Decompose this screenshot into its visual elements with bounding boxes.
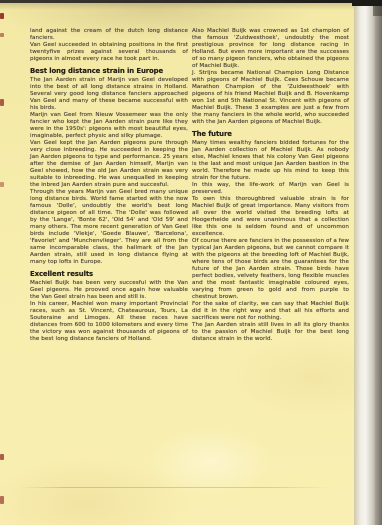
top-shadow [0, 3, 382, 10]
paragraph: Machiel Buijk has been very succesful wi… [30, 280, 188, 301]
paragraph: The Jan Aarden strain still lives in all… [192, 322, 349, 343]
paragraph: Marijn van Geel from Nieuw Vossemeer was… [30, 112, 188, 140]
paragraph: Van Geel kept the Jan Aarden pigeons pur… [30, 140, 188, 189]
red-mark [0, 454, 4, 460]
corner-shadow-2 [373, 6, 382, 16]
heading-best-long-distance: Best long distance strain in Europe [30, 67, 188, 76]
paragraph: For the sake of clarity, we can say that… [192, 301, 349, 322]
paragraph: Many times wealthy fanciers bidded fortu… [192, 140, 349, 182]
paragraph: Van Geel succeeded in obtaining position… [30, 42, 188, 63]
scan-edge-right [375, 0, 382, 525]
text-column-left: land against the cream of the dutch long… [30, 28, 188, 343]
paragraph: land against the cream of the dutch long… [30, 28, 188, 42]
crease-line [20, 487, 332, 488]
paragraph: Through the years Marijn van Geel bred m… [30, 189, 188, 266]
paragraph: Also Machiel Buijk was crowned as 1st ch… [192, 28, 349, 70]
paragraph: In his career, Machiel won many importan… [30, 301, 188, 343]
paragraph: J. Strijns became National Champion Long… [192, 70, 349, 126]
red-mark [0, 182, 4, 187]
page-edge-strip [354, 2, 375, 525]
paragraph: In this way, the life-work of Marijn van… [192, 182, 349, 196]
red-mark [0, 33, 4, 37]
text-column-right: Also Machiel Buijk was crowned as 1st ch… [192, 28, 349, 343]
red-mark [0, 13, 4, 19]
red-mark [0, 496, 4, 504]
heading-excellent-results: Excellent results [30, 270, 188, 279]
scanned-page: land against the cream of the dutch long… [0, 0, 382, 525]
heading-the-future: The future [192, 130, 349, 139]
paragraph: To own this thoroughbred valuable strain… [192, 196, 349, 238]
red-mark [0, 99, 4, 106]
paragraph: The Jan Aarden strain of Marijn van Geel… [30, 77, 188, 112]
paragraph: Of course there are fanciers in the poss… [192, 238, 349, 301]
